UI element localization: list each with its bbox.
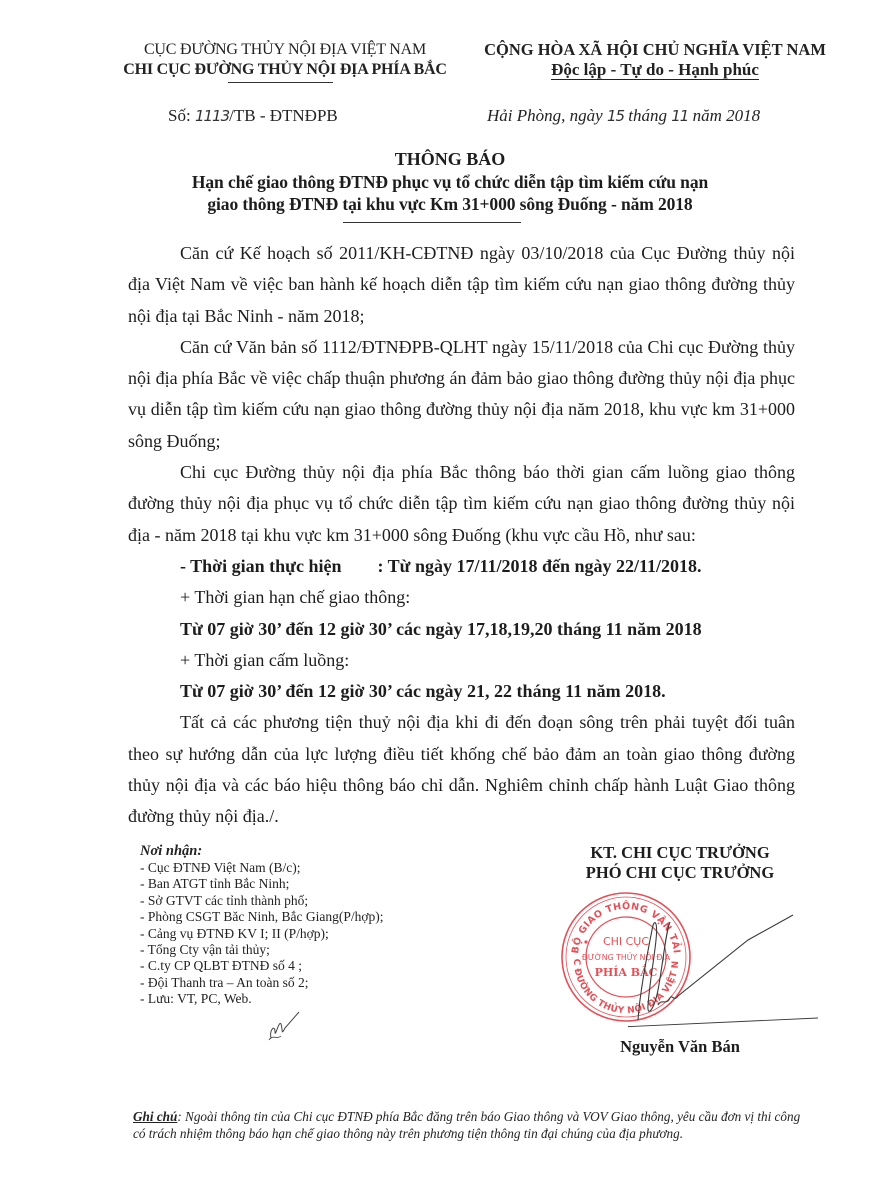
dateline-year: năm 2018 bbox=[688, 106, 760, 125]
issuing-agency: CHI CỤC ĐƯỜNG THỦY NỘI ĐỊA PHÍA BẮC bbox=[95, 60, 475, 80]
dateline: Hải Phòng, ngày 15 tháng 11 năm 2018 bbox=[487, 106, 760, 126]
duration-label: - Thời gian thực hiện bbox=[180, 556, 341, 576]
issuing-agency-block: CỤC ĐƯỜNG THỦY NỘI ĐỊA VIỆT NAM CHI CỤC … bbox=[95, 40, 475, 83]
schedule-restriction-value: Từ 07 giờ 30’ đến 12 giờ 30’ các ngày 17… bbox=[128, 614, 795, 645]
recipient-item: - Đội Thanh tra – An toàn số 2; bbox=[140, 975, 384, 991]
recipient-item: - Cảng vụ ĐTNĐ KV I; II (P/hợp); bbox=[140, 926, 384, 942]
recipient-item: - Lưu: VT, PC, Web. bbox=[140, 991, 384, 1007]
dateline-place: Hải Phòng, ngày bbox=[487, 106, 607, 125]
signer-name: Nguyễn Văn Bán bbox=[560, 1037, 800, 1057]
footnote-text: : Ngoài thông tin của Chi cục ĐTNĐ phía … bbox=[133, 1109, 800, 1141]
national-motto: Độc lập - Tự do - Hạnh phúc bbox=[551, 60, 759, 80]
schedule-restriction-label: + Thời gian hạn chế giao thông: bbox=[128, 582, 795, 613]
paragraph-legal-basis-1: Căn cứ Kế hoạch số 2011/KH-CĐTNĐ ngày 03… bbox=[128, 238, 795, 332]
duration-value: : Từ ngày 17/11/2018 đến ngày 22/11/2018… bbox=[377, 556, 701, 576]
signature-title-block: KT. CHI CỤC TRƯỞNG PHÓ CHI CỤC TRƯỞNG bbox=[560, 843, 800, 883]
title-underline bbox=[343, 222, 521, 223]
recipients-title: Nơi nhận: bbox=[140, 843, 384, 860]
dateline-month: 11 bbox=[671, 107, 688, 125]
recipient-item: - Phòng CSGT Băc Ninh, Bắc Giang(P/hợp); bbox=[140, 909, 384, 925]
paragraph-compliance: Tất cả các phương tiện thuỷ nội địa khi … bbox=[128, 707, 795, 832]
handwritten-signature bbox=[628, 910, 828, 1030]
document-page: CỤC ĐƯỜNG THỦY NỘI ĐỊA VIỆT NAM CHI CỤC … bbox=[0, 0, 871, 1200]
parent-agency: CỤC ĐƯỜNG THỦY NỘI ĐỊA VIỆT NAM bbox=[95, 40, 475, 60]
recipient-item: - Cục ĐTNĐ Việt Nam (B/c); bbox=[140, 860, 384, 876]
signer-position: PHÓ CHI CỤC TRƯỞNG bbox=[560, 863, 800, 883]
signer-on-behalf: KT. CHI CỤC TRƯỞNG bbox=[560, 843, 800, 863]
document-number: Số: 1113/TB - ĐTNĐPB bbox=[168, 106, 338, 126]
document-body: Căn cứ Kế hoạch số 2011/KH-CĐTNĐ ngày 03… bbox=[128, 238, 795, 833]
country-name: CỘNG HÒA XÃ HỘI CHỦ NGHĨA VIỆT NAM bbox=[470, 40, 840, 60]
recipient-item: - Sở GTVT các tỉnh thành phố; bbox=[140, 893, 384, 909]
doc-number-handwritten: 1113 bbox=[195, 107, 229, 125]
recipient-item: - C.ty CP QLBT ĐTNĐ số 4 ; bbox=[140, 958, 384, 974]
schedule-closure-value: Từ 07 giờ 30’ đến 12 giờ 30’ các ngày 21… bbox=[128, 676, 795, 707]
recipients-block: Nơi nhận: - Cục ĐTNĐ Việt Nam (B/c); - B… bbox=[140, 843, 384, 1008]
document-title: THÔNG BÁO bbox=[100, 147, 800, 171]
dateline-day: 15 bbox=[607, 107, 624, 125]
footnote: Ghi chú: Ngoài thông tin của Chi cục ĐTN… bbox=[133, 1108, 813, 1142]
document-subtitle-line2: giao thông ĐTNĐ tại khu vực Km 31+000 sô… bbox=[100, 193, 800, 215]
agency-underline bbox=[228, 82, 333, 83]
doc-number-prefix: Số: bbox=[168, 106, 195, 125]
national-header-block: CỘNG HÒA XÃ HỘI CHỦ NGHĨA VIỆT NAM Độc l… bbox=[470, 40, 840, 80]
recipient-item: - Ban ATGT tỉnh Bắc Ninh; bbox=[140, 876, 384, 892]
dateline-month-label: tháng bbox=[624, 106, 671, 125]
doc-number-suffix: /TB - ĐTNĐPB bbox=[229, 106, 338, 125]
paragraph-legal-basis-2: Căn cứ Văn bản số 1112/ĐTNĐPB-QLHT ngày … bbox=[128, 332, 795, 457]
footnote-label: Ghi chú bbox=[133, 1109, 177, 1124]
recipient-item: - Tổng Cty vận tải thủy; bbox=[140, 942, 384, 958]
handwritten-initials bbox=[265, 1010, 305, 1042]
schedule-duration: - Thời gian thực hiện: Từ ngày 17/11/201… bbox=[128, 551, 795, 582]
document-subtitle-line1: Hạn chế giao thông ĐTNĐ phục vụ tổ chức … bbox=[100, 171, 800, 193]
schedule-closure-label: + Thời gian cấm luồng: bbox=[128, 645, 795, 676]
document-title-block: THÔNG BÁO Hạn chế giao thông ĐTNĐ phục v… bbox=[100, 147, 800, 215]
paragraph-announcement: Chi cục Đường thủy nội địa phía Bắc thôn… bbox=[128, 457, 795, 551]
